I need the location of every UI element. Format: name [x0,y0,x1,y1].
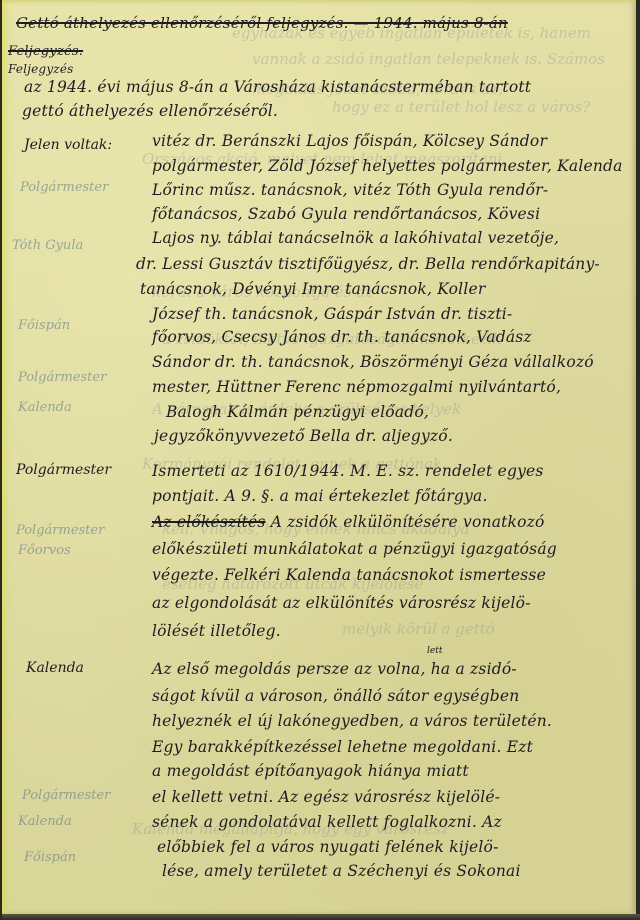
section-line: előkészületi munkálatokat a pénzügyi iga… [152,540,557,558]
section-line: Az első megoldás persze az volna, ha a z… [152,660,517,678]
section-line: sének a gondolatával kellett foglalkozni… [152,813,502,831]
pencil-margin-note: Polgármester [20,180,108,195]
present-line: Balogh Kálmán pénzügyi előadó, [166,403,429,421]
heading: Feljegyzés [8,62,73,76]
present-line: főtanácsos, Szabó Gyula rendőrtanácsos, … [152,205,540,223]
pencil-margin-note: Polgármester [22,788,110,803]
speaker-label-kalenda: Kalenda [26,660,84,676]
speaker-label-polgarmester: Polgármester [16,462,111,478]
pencil-margin-note: Főispán [18,318,70,333]
pencil-margin-note: Polgármester [16,523,104,538]
section-line: Egy barakképítkezéssel lehetne megoldani… [152,738,533,756]
pencil-margin-note: Kalenda [18,814,72,829]
section-line: előbbiek fel a város nyugati felének kij… [157,838,499,856]
present-line: tanácsnok, Dévényi Imre tanácsnok, Kolle… [140,280,485,298]
pencil-margin-note: Tóth Gyula [12,238,83,253]
present-line: Lajos ny. táblai tanácselnök a lakóhivat… [152,229,559,247]
section-line: helyeznék el új lakónegyedben, a város t… [152,712,552,730]
present-line: József th. tanácsnok, Gáspár István dr. … [152,305,512,323]
present-line: vitéz dr. Beránszki Lajos főispán, Kölcs… [152,132,547,150]
page-bottom-edge [2,914,640,920]
scanned-document-page: egyházak és egyéb ingatlan épületek is, … [2,0,636,914]
struck-phrase: Az előkészítés [152,513,266,531]
pencil-margin-note: Polgármester [18,370,106,385]
ghost-line: vannak a zsidó ingatlan telepeknek is. S… [252,50,605,68]
intro-line: gettó áthelyezés ellenőrzéséről. [22,102,278,120]
intro-line: az 1944. évi május 8-án a Városháza kist… [24,78,531,96]
section-line: végezte. Felkéri Kalenda tanácsnokot ism… [152,566,546,584]
superscript-insert: lett [427,646,442,656]
present-line: főorvos, Csecsy János dr. th. tanácsnok,… [152,328,532,346]
section-line: el kellett vetni. Az egész városrész kij… [152,788,500,806]
pencil-margin-note: Főorvos [18,543,71,558]
struck-heading: Feljegyzés. [8,44,83,59]
pencil-margin-note: Főispán [24,850,76,865]
section-line: pontjait. A 9. §. a mai értekezlet főtár… [152,487,488,505]
section-line: lése, amely területet a Széchenyi és Sok… [162,862,521,880]
present-line: polgármester, Zöld József helyettes polg… [152,157,623,175]
present-line: mester, Hüttner Ferenc népmozgalmi nyilv… [152,378,561,396]
present-line: Lőrinc műsz. tanácsnok, vitéz Tóth Gyula… [152,181,548,199]
present-line: dr. Lessi Gusztáv tisztifőügyész, dr. Be… [136,255,600,273]
pencil-margin-note: Kalenda [18,400,72,415]
present-line: jegyzőkönyvvezető Bella dr. aljegyző. [154,427,453,445]
section-line: a megoldást építőanyagok hiánya miatt [152,762,469,780]
section-line: ságot kívül a városon, önálló sátor egys… [152,687,519,705]
present-line: Sándor dr. th. tanácsnok, Böszörményi Gé… [152,353,594,371]
struck-title: Gettó áthelyezés ellenőrzéséről feljegyz… [16,14,508,32]
section-line: Ismerteti az 1610/1944. M. E. sz. rendel… [152,462,544,480]
ghost-line: melyik körül a gettó [342,620,495,638]
section-line: lölését illetőleg. [152,622,281,640]
ghost-line: hogy ez a terület hol lesz a város? [332,98,590,116]
section-line: az elgondolását az elkülönítés városrész… [152,594,531,612]
present-label: Jelen voltak: [24,137,112,153]
